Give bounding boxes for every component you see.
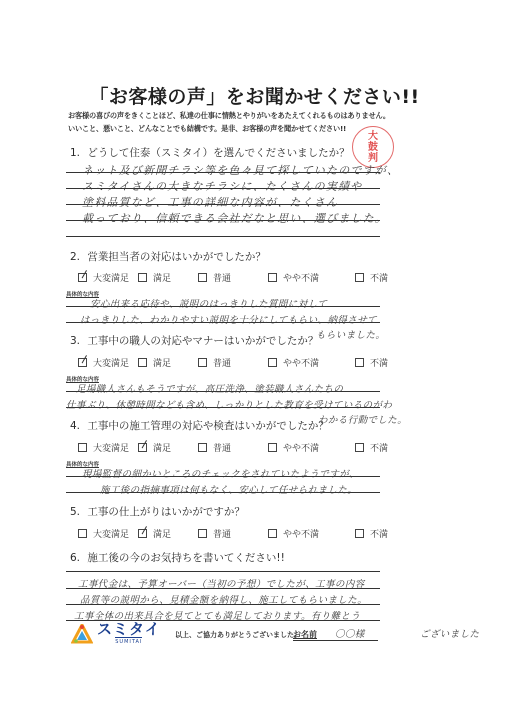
q6-answer-line-1: 工事代金は、予算オーバー（当初の予想）でしたが、工事の内容: [78, 576, 365, 590]
q2-answer-line-2: はっきりした、わかりやすい説明を十分にしてもらい、納得させて: [80, 312, 377, 326]
question-number: 6.: [70, 552, 80, 564]
q1-answer-line-3: 塗料品質など、工事の詳細な内容が、たくさん: [82, 194, 338, 210]
option-very-satisfied[interactable]: 大変満足: [78, 527, 138, 540]
question-text: 工事の仕上がりはいかがですか？: [87, 506, 245, 518]
option-dissatisfied[interactable]: 不満: [355, 441, 388, 454]
name-value[interactable]: 〇〇様: [335, 626, 365, 640]
checkbox-checked-icon[interactable]: [78, 273, 87, 282]
question-text: 工事中の職人の対応やマナーはいかがでしたか？: [87, 335, 318, 347]
thanks-text: 以上、ご協力ありがとうございました。: [175, 630, 301, 640]
question-number: 4.: [70, 420, 80, 432]
question-4: 4. 工事中の施工管理の対応や検査はいかがでしたか？: [70, 418, 329, 433]
q6-answer-line-4: ございました: [420, 626, 479, 640]
question-text: 工事中の施工管理の対応や検査はいかがでしたか？: [87, 420, 329, 432]
checkbox-icon[interactable]: [138, 358, 147, 367]
rating-options-q2: 大変満足 満足 普通 やや不満 不満: [78, 271, 388, 284]
q4-answer-line-1: 現場監督の細かいところのチェックをされていたようですが、: [82, 466, 359, 480]
checkbox-icon[interactable]: [355, 358, 364, 367]
checkbox-icon[interactable]: [268, 273, 277, 282]
checkbox-icon[interactable]: [198, 443, 207, 452]
question-1: 1. どうして住泰（スミタイ）を選んでくださいましたか？: [70, 145, 350, 160]
option-neutral[interactable]: 普通: [198, 527, 268, 540]
option-somewhat-dissatisfied[interactable]: やや不満: [268, 441, 355, 454]
option-dissatisfied[interactable]: 不満: [355, 527, 388, 540]
form-title: 「お客様の声」をお聞かせください!!: [0, 82, 509, 109]
q3-answer-line-1: 足場職人さんもそうですが、高圧洗浄、塗装職人さんたちの: [76, 381, 343, 395]
checkbox-icon[interactable]: [355, 529, 364, 538]
checkbox-checked-icon[interactable]: [138, 443, 147, 452]
option-dissatisfied[interactable]: 不満: [355, 271, 388, 284]
checkbox-icon[interactable]: [78, 443, 87, 452]
checkbox-icon[interactable]: [355, 443, 364, 452]
name-field-line: [293, 640, 378, 641]
checkbox-checked-icon[interactable]: [78, 358, 87, 367]
checkbox-icon[interactable]: [78, 529, 87, 538]
option-very-satisfied[interactable]: 大変満足: [78, 271, 138, 284]
option-neutral[interactable]: 普通: [198, 441, 268, 454]
q3-answer-line-3: わかる行動でした。: [318, 412, 407, 426]
question-6: 6. 施工後の今のお気持ちを書いてください!!: [70, 550, 285, 565]
checkbox-icon[interactable]: [355, 273, 364, 282]
question-number: 3.: [70, 335, 80, 347]
option-somewhat-dissatisfied[interactable]: やや不満: [268, 527, 355, 540]
logo-subtext: SUMITAI: [115, 637, 142, 645]
stamp-char-2: 鼓: [368, 142, 378, 153]
logo-wordmark: スミタイ: [97, 622, 161, 637]
intro-line-2: いいこと、悪いこと、どんなことでも結構です。是非、お客様の声を聞かせてください!…: [68, 124, 346, 134]
option-very-satisfied[interactable]: 大変満足: [78, 356, 138, 369]
option-somewhat-dissatisfied[interactable]: やや不満: [268, 271, 355, 284]
option-very-satisfied[interactable]: 大変満足: [78, 441, 138, 454]
q2-answer-line-3: もらいました。: [316, 327, 385, 341]
question-5: 5. 工事の仕上がりはいかがですか？: [70, 504, 245, 519]
question-2: 2. 営業担当者の対応はいかがでしたか？: [70, 249, 266, 264]
answer-rule: [66, 236, 380, 237]
question-number: 5.: [70, 506, 80, 518]
q4-answer-line-2: 施工後の指摘事項は何もなく、安心して任せられました。: [100, 482, 357, 496]
q1-answer-line-2: スミタイさんの大きなチラシに、たくさんの実績や: [82, 178, 362, 194]
rating-options-q5: 大変満足 満足 普通 やや不満 不満: [78, 527, 388, 540]
q3-answer-line-2: 仕事ぶり、休憩時間なども含め、しっかりとした教育を受けているのがわ: [66, 397, 392, 411]
option-somewhat-dissatisfied[interactable]: やや不満: [268, 356, 355, 369]
question-3: 3. 工事中の職人の対応やマナーはいかがでしたか？: [70, 333, 318, 348]
checkbox-icon[interactable]: [198, 273, 207, 282]
question-text: 施工後の今のお気持ちを書いてください!!: [87, 552, 284, 564]
q6-answer-line-2: 品質等の説明から、見積金額を納得し、施工してもらいました。: [80, 592, 367, 606]
logo-mark-icon: [71, 624, 93, 644]
option-satisfied[interactable]: 満足: [138, 271, 198, 284]
checkbox-icon[interactable]: [268, 443, 277, 452]
stamp-char-1: 大: [368, 131, 378, 142]
checkbox-icon[interactable]: [268, 529, 277, 538]
q1-answer-line-1: ネット及び新聞チラシ等を色々見て探していたのですが、: [82, 162, 399, 178]
question-text: 営業担当者の対応はいかがでしたか？: [87, 251, 266, 263]
rating-options-q4: 大変満足 満足 普通 やや不満 不満: [78, 441, 388, 454]
option-satisfied[interactable]: 満足: [138, 527, 198, 540]
option-dissatisfied[interactable]: 不満: [355, 356, 388, 369]
checkbox-icon[interactable]: [268, 358, 277, 367]
sumitai-logo: スミタイ SUMITAI: [71, 622, 161, 645]
q1-answer-line-4: 載っており、信頼できる会社だなと思い、選びました。: [82, 210, 387, 226]
question-number: 2.: [70, 251, 80, 263]
checkbox-checked-icon[interactable]: [138, 529, 147, 538]
q2-answer-line-1: 安心出来る応待や、説明のはっきりした質問に対して: [90, 296, 327, 310]
rating-options-q3: 大変満足 満足 普通 やや不満 不満: [78, 356, 388, 369]
option-satisfied[interactable]: 満足: [138, 441, 198, 454]
checkbox-icon[interactable]: [198, 358, 207, 367]
checkbox-icon[interactable]: [198, 529, 207, 538]
question-number: 1.: [70, 147, 80, 159]
option-satisfied[interactable]: 満足: [138, 356, 198, 369]
name-label: お名前: [293, 629, 317, 640]
checkbox-icon[interactable]: [138, 273, 147, 282]
answer-rule: [66, 571, 380, 572]
question-text: どうして住泰（スミタイ）を選んでくださいましたか？: [87, 147, 349, 159]
option-neutral[interactable]: 普通: [198, 356, 268, 369]
option-neutral[interactable]: 普通: [198, 271, 268, 284]
intro-line-1: お客様の喜びの声をきくことほど、私達の仕事に情熱とやりがいをあたえてくれるものは…: [68, 111, 390, 121]
